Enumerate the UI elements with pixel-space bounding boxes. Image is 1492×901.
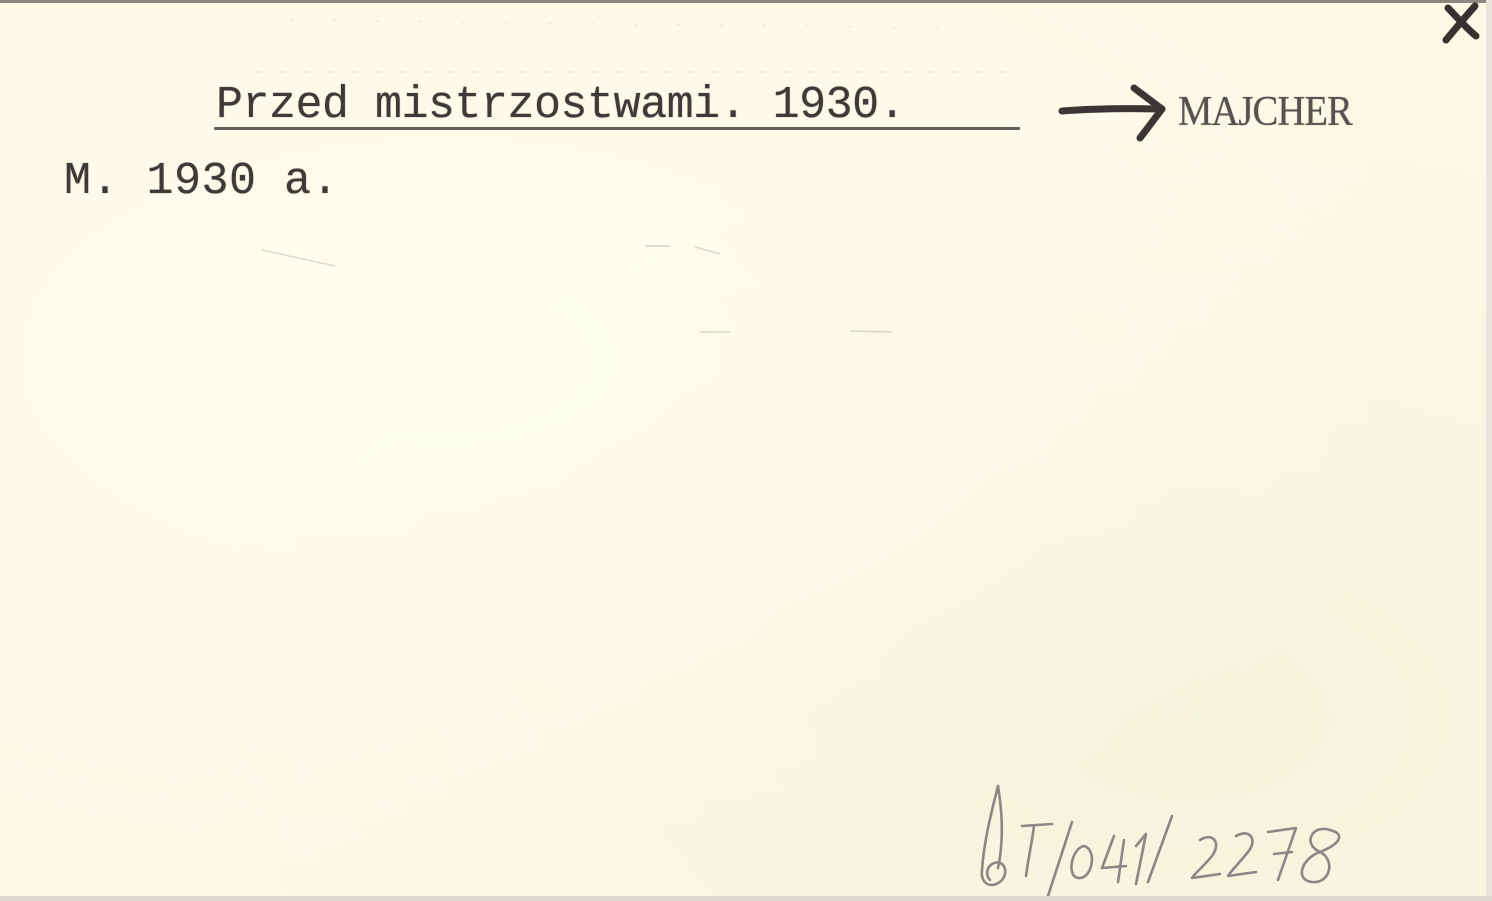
arrow-right-icon [1058, 84, 1174, 144]
card-title: Przed mistrzostwami. 1930. [216, 78, 905, 134]
scan-edge-bottom [0, 896, 1492, 901]
scan-edge-right [1486, 0, 1492, 901]
card-subline: M. 1930 a. [64, 154, 339, 210]
title-underline [214, 127, 1020, 130]
index-card: Przed mistrzostwami. 1930. MAJCHER M. 19… [0, 0, 1488, 899]
handwritten-catalog-number [968, 780, 1368, 896]
x-mark-icon [1442, 2, 1482, 46]
cross-reference-target: MAJCHER [1178, 86, 1352, 138]
